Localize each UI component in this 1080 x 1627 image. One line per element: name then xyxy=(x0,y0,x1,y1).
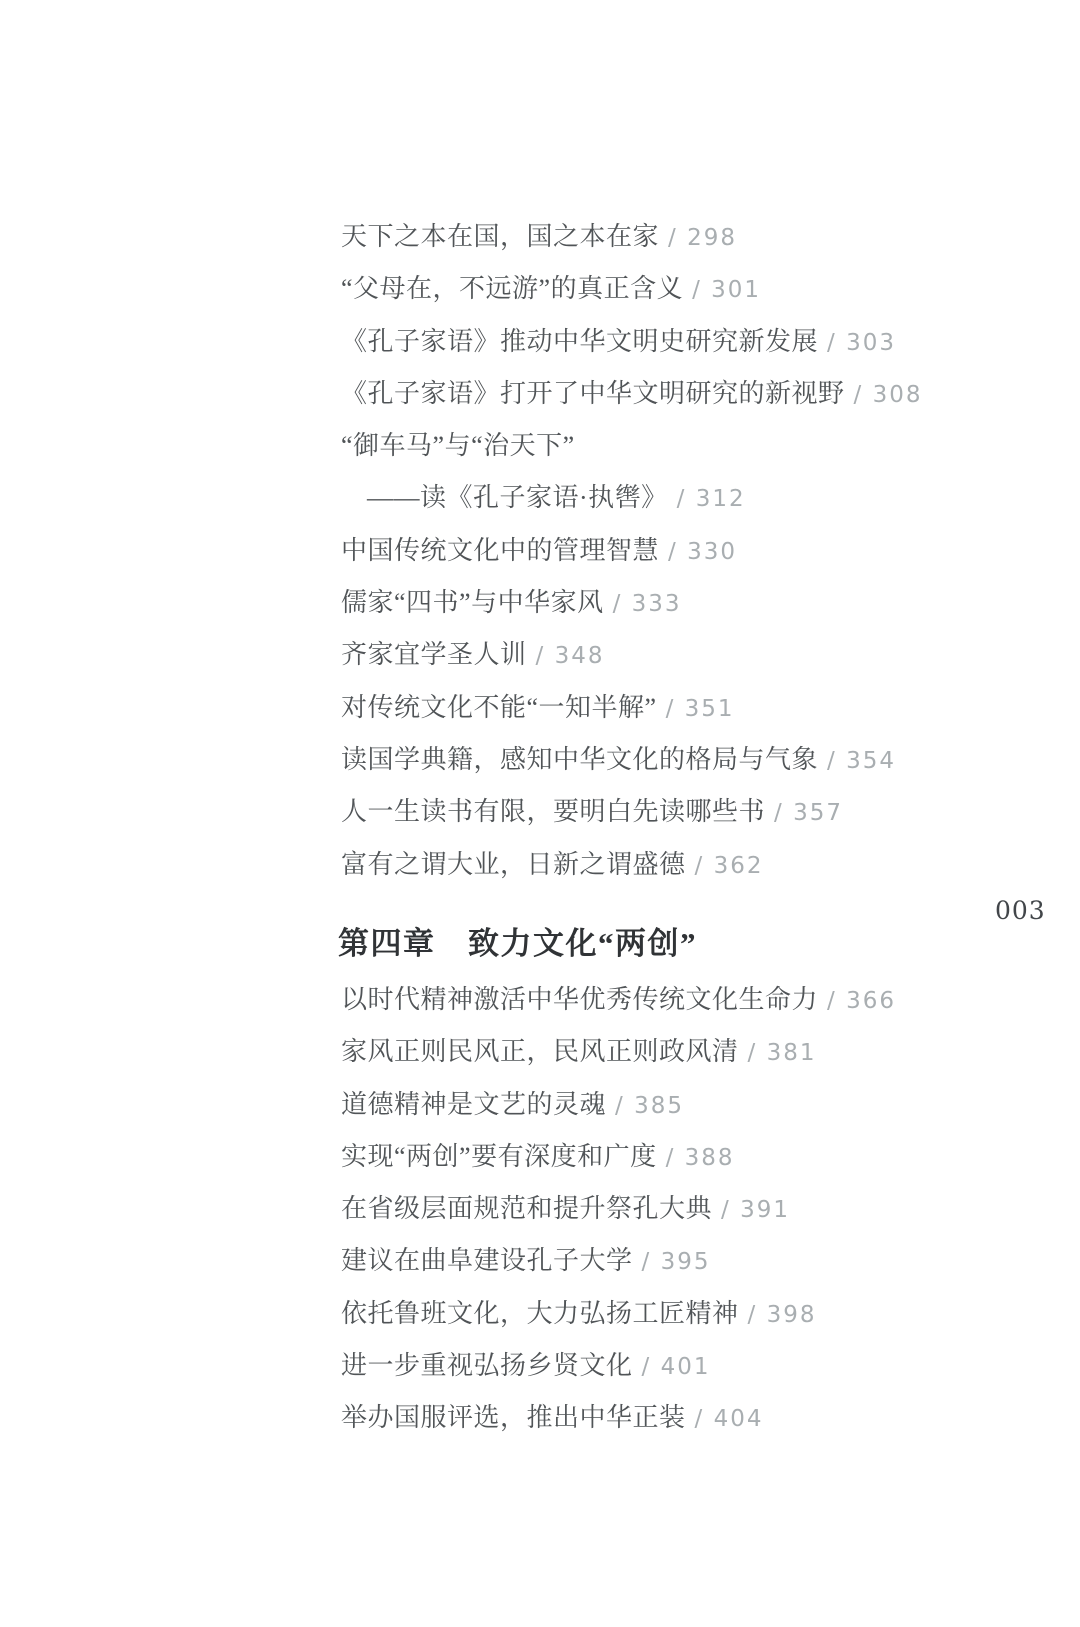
toc-entry-title: 《孔子家语》打开了中华文明研究的新视野 xyxy=(341,379,845,408)
toc-entry-title: 中国传统文化中的管理智慧 xyxy=(341,536,659,565)
toc-entry-page-number: / 381 xyxy=(748,1040,817,1066)
toc-entry-title: 建议在曲阜建设孔子大学 xyxy=(341,1246,633,1275)
toc-entry: 道德精神是文艺的灵魂/ 385 xyxy=(341,1079,896,1131)
toc-entry-title: 进一步重视弘扬乡贤文化 xyxy=(341,1351,633,1380)
toc-entry-page-number: / 298 xyxy=(668,225,737,251)
toc-entry-page-number: / 354 xyxy=(827,748,896,774)
toc-entry: 以时代精神激活中华优秀传统文化生命力/ 366 xyxy=(341,974,896,1026)
toc-entry: 对传统文化不能“一知半解”/ 351 xyxy=(341,682,922,734)
toc-entry-title: ——读《孔子家语·执辔》 xyxy=(367,483,668,512)
toc-entry: 《孔子家语》打开了中华文明研究的新视野/ 308 xyxy=(341,368,922,420)
toc-entry-page-number: / 301 xyxy=(692,277,761,303)
toc-entry-page-number: / 388 xyxy=(666,1145,735,1171)
toc-entries-top: 天下之本在国，国之本在家/ 298 “父母在，不远游”的真正含义/ 301 《孔… xyxy=(341,211,922,891)
toc-entry-title: 齐家宜学圣人训 xyxy=(341,640,527,669)
toc-entry: 富有之谓大业，日新之谓盛德/ 362 xyxy=(341,839,922,891)
toc-entry: 依托鲁班文化，大力弘扬工匠精神/ 398 xyxy=(341,1288,896,1340)
toc-entry: 儒家“四书”与中华家风/ 333 xyxy=(341,577,922,629)
toc-entry-title: 道德精神是文艺的灵魂 xyxy=(341,1090,606,1119)
toc-entry-title: 在省级层面规范和提升祭孔大典 xyxy=(341,1194,712,1223)
toc-entry-page-number: / 348 xyxy=(536,643,605,669)
toc-entry-page-number: / 385 xyxy=(615,1093,684,1119)
toc-entry: 中国传统文化中的管理智慧/ 330 xyxy=(341,525,922,577)
toc-entry: 人一生读书有限，要明白先读哪些书/ 357 xyxy=(341,786,922,838)
toc-entry: 在省级层面规范和提升祭孔大典/ 391 xyxy=(341,1183,896,1235)
toc-entry: ——读《孔子家语·执辔》/ 312 xyxy=(341,472,922,524)
toc-entry-title: 家风正则民风正，民风正则政风清 xyxy=(341,1037,739,1066)
toc-entry: 实现“两创”要有深度和广度/ 388 xyxy=(341,1131,896,1183)
toc-entry-title: “父母在，不远游”的真正含义 xyxy=(341,274,683,303)
toc-entry-page-number: / 391 xyxy=(721,1197,790,1223)
toc-entry-page-number: / 330 xyxy=(668,539,737,565)
toc-entry-title: 以时代精神激活中华优秀传统文化生命力 xyxy=(341,985,818,1014)
toc-entry: “父母在，不远游”的真正含义/ 301 xyxy=(341,263,922,315)
toc-entry: 家风正则民风正，民风正则政风清/ 381 xyxy=(341,1026,896,1078)
book-toc-page: 003 天下之本在国，国之本在家/ 298 “父母在，不远游”的真正含义/ 30… xyxy=(0,0,1080,1627)
chapter-heading: 第四章 致力文化“两创” xyxy=(338,924,697,964)
page-folio: 003 xyxy=(995,896,1046,926)
toc-entry-page-number: / 303 xyxy=(827,330,896,356)
toc-entry-title: “御车马”与“治天下” xyxy=(341,431,575,460)
toc-entry-page-number: / 395 xyxy=(642,1249,711,1275)
toc-entry-page-number: / 312 xyxy=(677,486,746,512)
toc-entry: 建议在曲阜建设孔子大学/ 395 xyxy=(341,1235,896,1287)
toc-entry: 《孔子家语》推动中华文明史研究新发展/ 303 xyxy=(341,316,922,368)
toc-entry: 读国学典籍，感知中华文化的格局与气象/ 354 xyxy=(341,734,922,786)
toc-entry-page-number: / 308 xyxy=(854,382,923,408)
toc-entry-title: 富有之谓大业，日新之谓盛德 xyxy=(341,850,686,879)
toc-entry-title: 读国学典籍，感知中华文化的格局与气象 xyxy=(341,745,818,774)
toc-entry-title: 《孔子家语》推动中华文明史研究新发展 xyxy=(341,327,818,356)
toc-entry: 齐家宜学圣人训/ 348 xyxy=(341,629,922,681)
toc-entry-page-number: / 401 xyxy=(642,1354,711,1380)
toc-entry: 进一步重视弘扬乡贤文化/ 401 xyxy=(341,1340,896,1392)
toc-entry-page-number: / 398 xyxy=(748,1302,817,1328)
toc-entry-page-number: / 357 xyxy=(774,800,843,826)
toc-entry-title: 人一生读书有限，要明白先读哪些书 xyxy=(341,797,765,826)
toc-entry-title: 对传统文化不能“一知半解” xyxy=(341,693,657,722)
toc-entry-title: 儒家“四书”与中华家风 xyxy=(341,588,604,617)
toc-entry-page-number: / 366 xyxy=(827,988,896,1014)
toc-entry: 举办国服评选，推出中华正装/ 404 xyxy=(341,1392,896,1444)
toc-entry-title: 天下之本在国，国之本在家 xyxy=(341,222,659,251)
toc-entry-page-number: / 351 xyxy=(666,696,735,722)
toc-entry-title: 实现“两创”要有深度和广度 xyxy=(341,1142,657,1171)
toc-entry-page-number: / 362 xyxy=(695,853,764,879)
toc-entries-bottom: 以时代精神激活中华优秀传统文化生命力/ 366 家风正则民风正，民风正则政风清/… xyxy=(341,974,896,1445)
toc-entry-page-number: / 333 xyxy=(613,591,682,617)
toc-entry-title: 依托鲁班文化，大力弘扬工匠精神 xyxy=(341,1299,739,1328)
toc-entry: “御车马”与“治天下” xyxy=(341,420,922,472)
toc-entry-title: 举办国服评选，推出中华正装 xyxy=(341,1403,686,1432)
toc-entry-page-number: / 404 xyxy=(695,1406,764,1432)
toc-entry: 天下之本在国，国之本在家/ 298 xyxy=(341,211,922,263)
